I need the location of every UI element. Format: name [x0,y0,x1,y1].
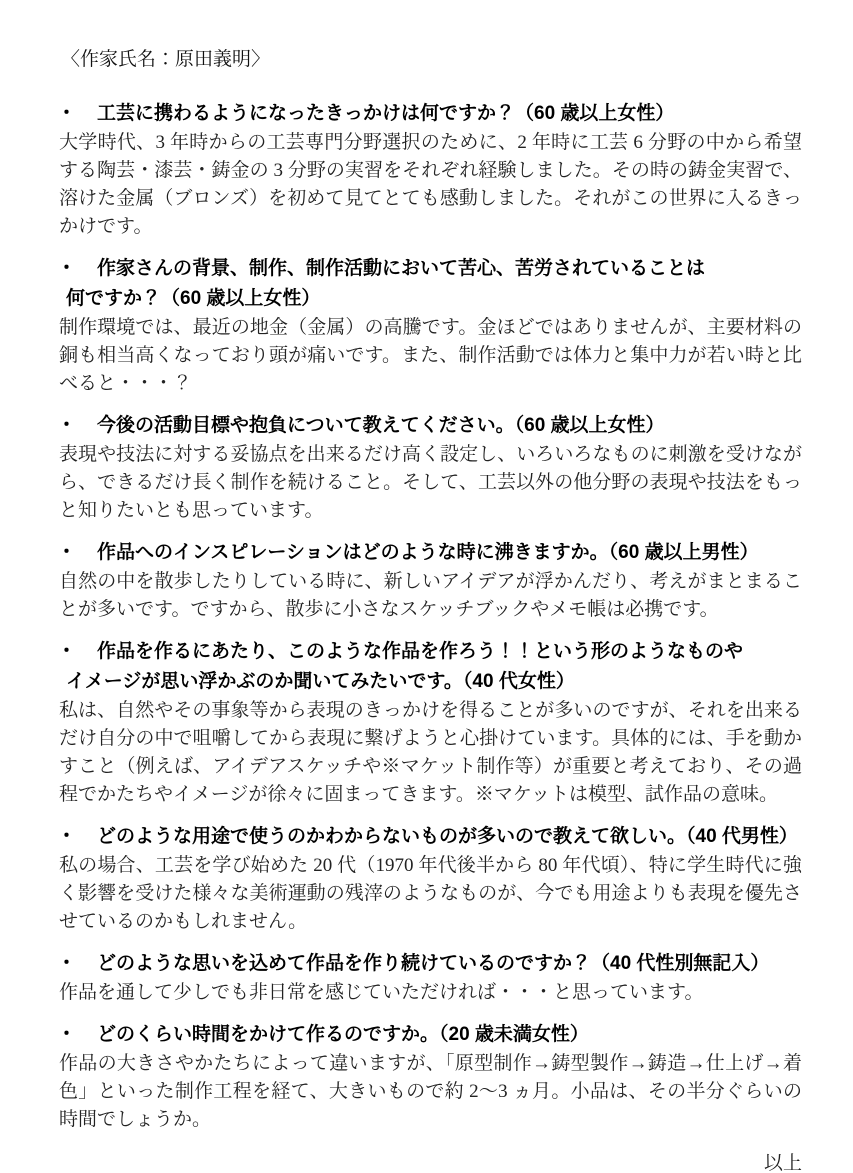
question: ・ どのような思いを込めて作品を作り続けているのですか？（40 代性別無記入） [57,949,802,979]
question: ・ 作品へのインスピレーションはどのような時に沸きますか。（60 歳以上男性） [57,538,802,568]
qa-block: ・ 今後の活動目標や抱負について教えてください。（60 歳以上女性） 表現や技法… [57,411,802,525]
question-line2: 何ですか？（60 歳以上女性） [57,284,802,314]
question-line1: 作品を作るにあたり、このような作品を作ろう！！という形のようなものや [57,637,802,667]
question: ・ どのような用途で使うのかわからないものが多いので教えて欲しい。（40 代男性… [57,822,802,852]
answer: 作品を通して少しでも非日常を感じていただければ・・・と思っています。 [57,979,802,1007]
answer: 自然の中を散歩したりしている時に、新しいアイデアが浮かんだり、考えがまとまること… [57,568,802,624]
bullet-icon: ・ [57,1020,76,1050]
qa-block: ・ どのような思いを込めて作品を作り続けているのですか？（40 代性別無記入） … [57,949,802,1007]
question-line2: イメージが思い浮かぶのか聞いてみたいです。（40 代女性） [57,667,802,697]
qa-block: ・ どのくらい時間をかけて作るのですか。（20 歳未満女性） 作品の大きさやかた… [57,1020,802,1134]
question-line1: どのような用途で使うのかわからないものが多いので教えて欲しい。（40 代男性） [57,822,802,852]
question-line1: 作品へのインスピレーションはどのような時に沸きますか。（60 歳以上男性） [57,538,802,568]
bullet-icon: ・ [57,254,76,284]
document-page: { "page": { "title": "〈作家氏名：原田義明〉", "bul… [0,0,853,1173]
qa-block: ・ どのような用途で使うのかわからないものが多いので教えて欲しい。（40 代男性… [57,822,802,936]
qa-block: ・ 作家さんの背景、制作、制作活動において苦心、苦労されていることは 何ですか？… [57,254,802,398]
bullet-icon: ・ [57,411,76,441]
question: ・ どのくらい時間をかけて作るのですか。（20 歳未満女性） [57,1020,802,1050]
question: ・ 作家さんの背景、制作、制作活動において苦心、苦労されていることは 何ですか？… [57,254,802,314]
question: ・ 作品を作るにあたり、このような作品を作ろう！！という形のようなものや イメー… [57,637,802,697]
bullet-icon: ・ [57,637,76,667]
question-line1: どのような思いを込めて作品を作り続けているのですか？（40 代性別無記入） [57,949,802,979]
qa-block: ・ 作品を作るにあたり、このような作品を作ろう！！という形のようなものや イメー… [57,637,802,809]
bullet-icon: ・ [57,538,76,568]
answer: 制作環境では、最近の地金（金属）の高騰です。金ほどではありませんが、主要材料の銅… [57,314,802,398]
question-line1: どのくらい時間をかけて作るのですか。（20 歳未満女性） [57,1020,802,1050]
question-line1: 作家さんの背景、制作、制作活動において苦心、苦労されていることは [57,254,802,284]
qa-block: ・ 作品へのインスピレーションはどのような時に沸きますか。（60 歳以上男性） … [57,538,802,624]
question-line1: 今後の活動目標や抱負について教えてください。（60 歳以上女性） [57,411,802,441]
page-title: 〈作家氏名：原田義明〉 [61,46,802,74]
question: ・ 今後の活動目標や抱負について教えてください。（60 歳以上女性） [57,411,802,441]
qa-block: ・ 工芸に携わるようになったきっかけは何ですか？（60 歳以上女性） 大学時代、… [57,99,802,241]
answer: 大学時代、3 年時からの工芸専門分野選択のために、2 年時に工芸 6 分野の中か… [57,129,802,241]
answer: 作品の大きさやかたちによって違いますが、「原型制作→鋳型製作→鋳造→仕上げ→着色… [57,1050,802,1134]
answer: 私は、自然やその事象等から表現のきっかけを得ることが多いのですが、それを出来るだ… [57,697,802,809]
closing-text: 以上 [57,1150,802,1173]
answer: 私の場合、工芸を学び始めた 20 代（1970 年代後半から 80 年代頃）、特… [57,852,802,936]
bullet-icon: ・ [57,949,76,979]
answer: 表現や技法に対する妥協点を出来るだけ高く設定し、いろいろなものに刺激を受けながら… [57,441,802,525]
question: ・ 工芸に携わるようになったきっかけは何ですか？（60 歳以上女性） [57,99,802,129]
bullet-icon: ・ [57,822,76,852]
bullet-icon: ・ [57,99,76,129]
question-line1: 工芸に携わるようになったきっかけは何ですか？（60 歳以上女性） [57,99,802,129]
